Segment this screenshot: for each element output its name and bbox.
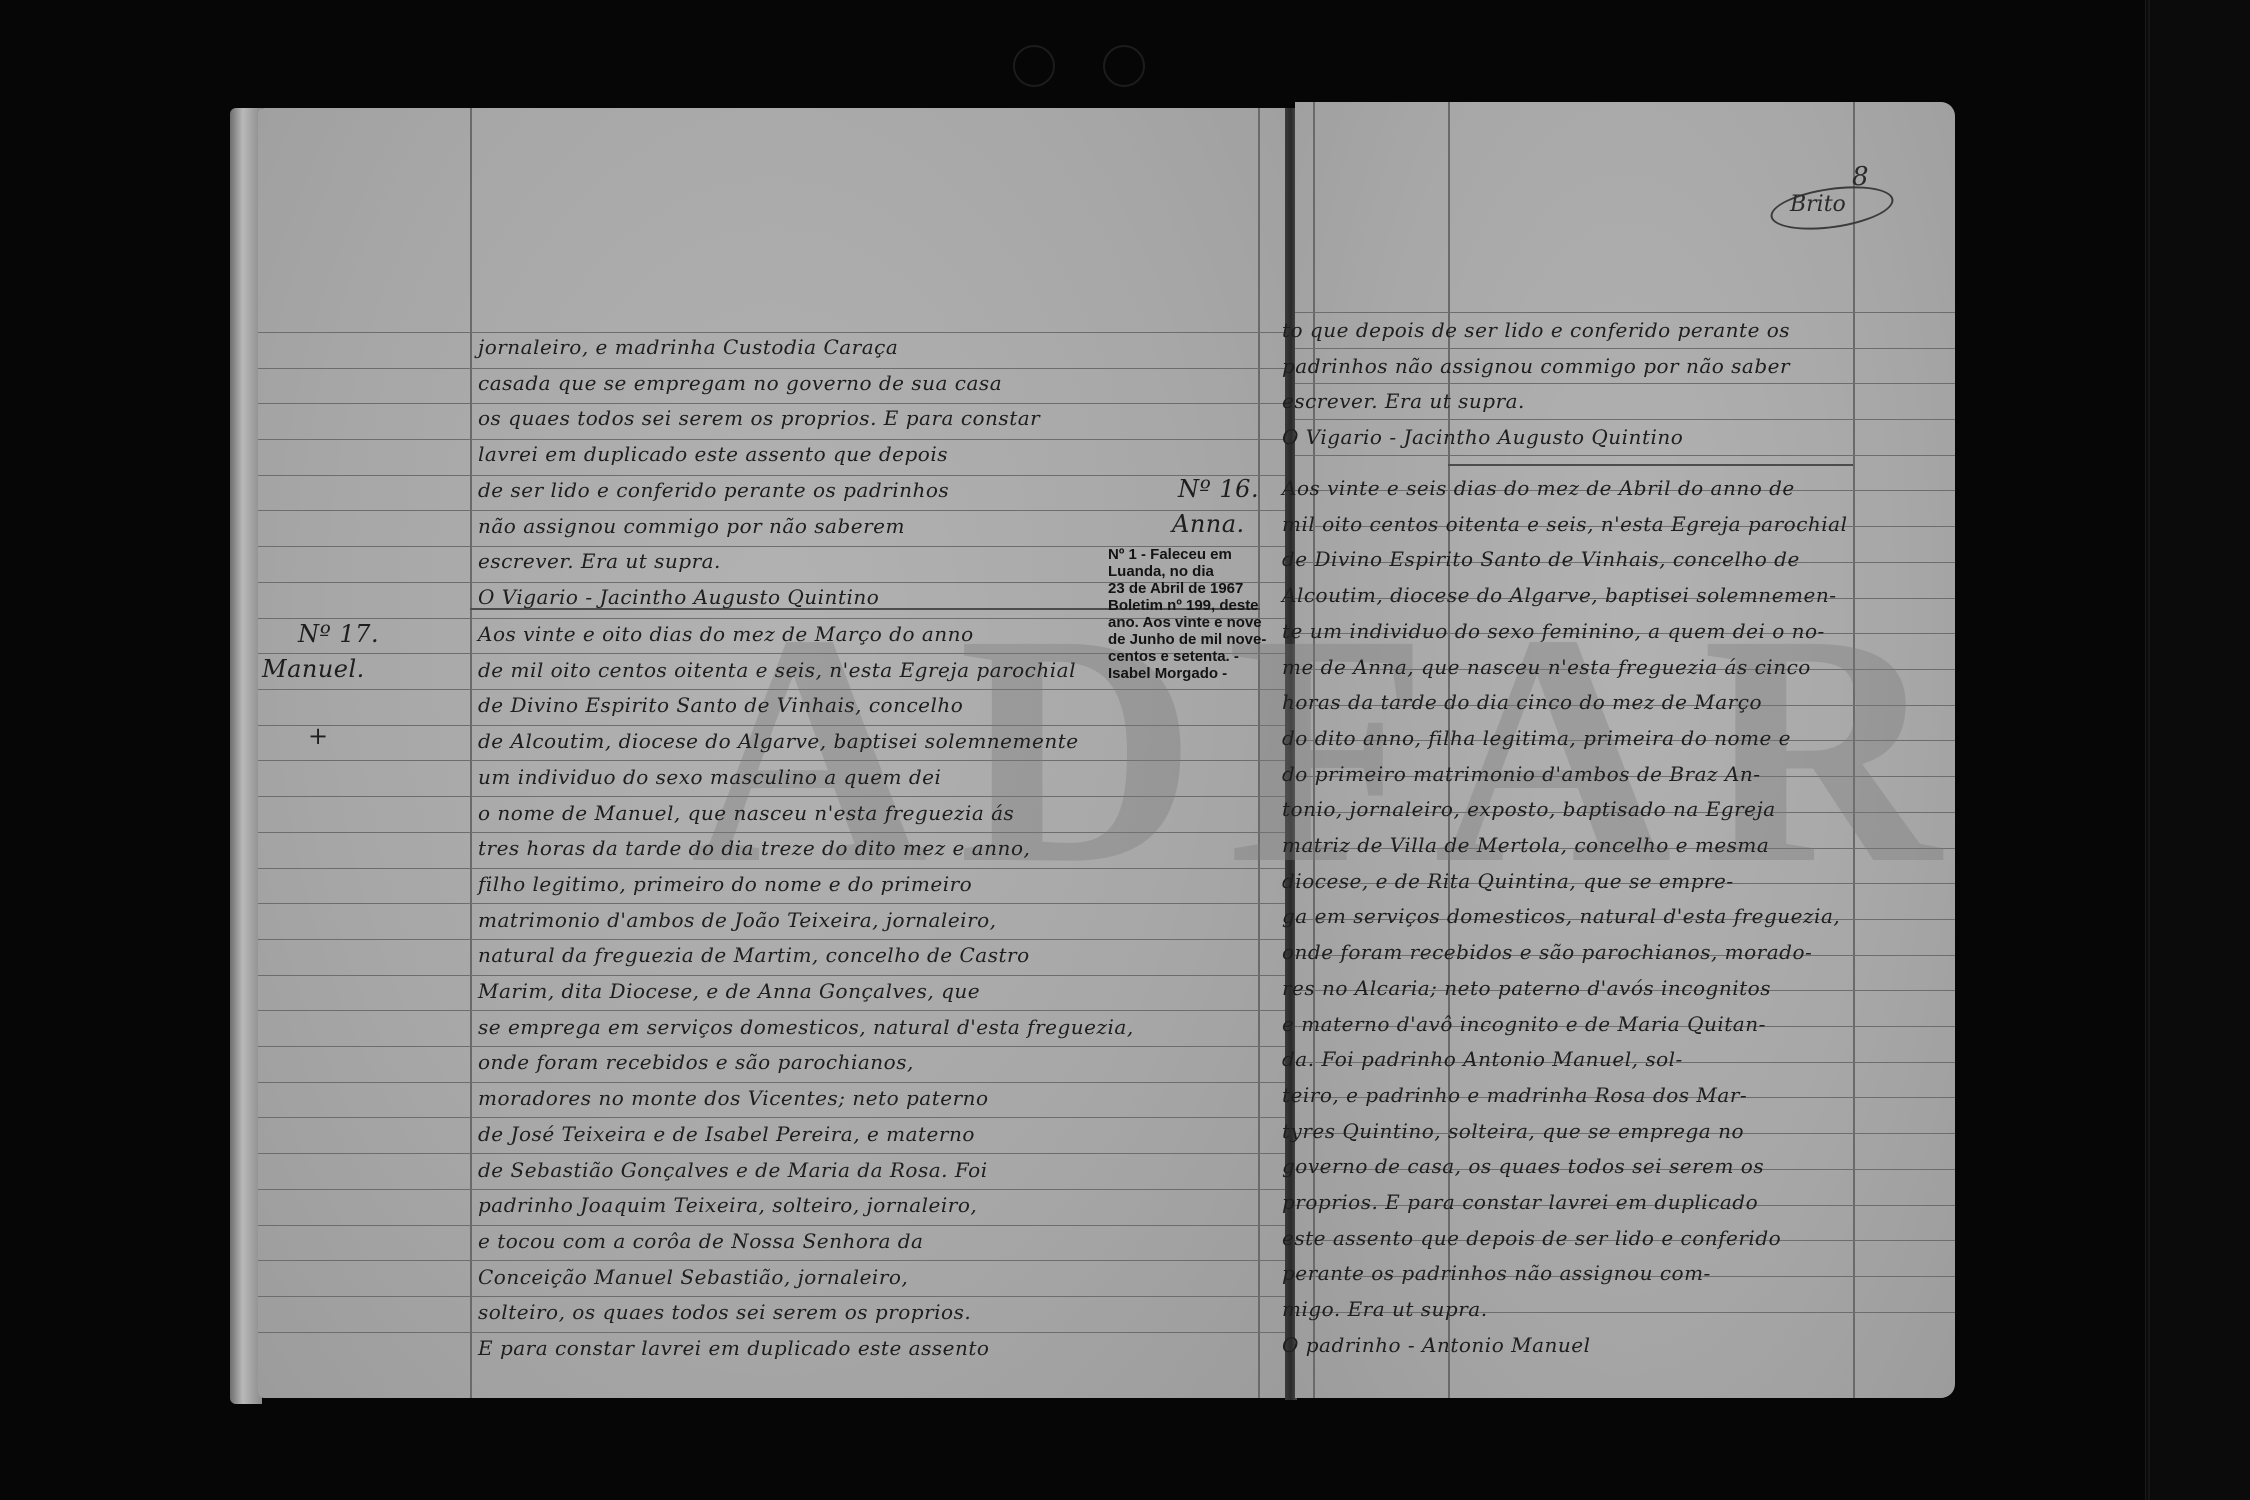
right-continuation-line: to que depois de ser lido e conferido pe… bbox=[1282, 318, 1790, 342]
left-entry-line: de José Teixeira e de Isabel Pereira, e … bbox=[478, 1122, 975, 1146]
right-entry-line: governo de casa, os quaes todos sei sere… bbox=[1282, 1154, 1764, 1178]
ruled-line bbox=[258, 975, 1288, 976]
left-continuation-line: escrever. Era ut supra. bbox=[478, 549, 721, 573]
viewer-side-rule bbox=[2148, 0, 2150, 1500]
right-entry-line: me de Anna, que nasceu n'esta freguezia … bbox=[1282, 655, 1811, 679]
ruled-line bbox=[258, 903, 1288, 904]
left-entry-line: Marim, dita Diocese, e de Anna Gonçalves… bbox=[478, 979, 980, 1003]
right-right-margin-line bbox=[1853, 102, 1855, 1398]
margin-note-line: 23 de Abril de 1967 bbox=[1108, 580, 1243, 597]
entry-number-17: Nº 17. bbox=[298, 620, 379, 648]
ruled-line bbox=[258, 368, 1288, 369]
right-entry-line: este assento que depois de ser lido e co… bbox=[1282, 1226, 1781, 1250]
left-entry-line: matrimonio d'ambos de João Teixeira, jor… bbox=[478, 908, 997, 932]
right-entry-line: tonio, jornaleiro, exposto, baptisado na… bbox=[1282, 797, 1776, 821]
right-entry-line: tyres Quintino, solteira, que se emprega… bbox=[1282, 1119, 1744, 1143]
ruled-line bbox=[258, 1332, 1288, 1333]
right-entry-line: ga em serviços domesticos, natural d'est… bbox=[1282, 904, 1840, 928]
binding-clip-icon bbox=[1013, 45, 1055, 87]
entry-name-manuel: Manuel. bbox=[262, 655, 365, 683]
right-entry-line: Aos vinte e seis dias do mez de Abril do… bbox=[1282, 476, 1795, 500]
right-entry-line: de Divino Espirito Santo de Vinhais, con… bbox=[1282, 547, 1800, 571]
ruled-line bbox=[258, 510, 1288, 511]
left-margin-line bbox=[470, 108, 472, 1398]
left-continuation-line: jornaleiro, e madrinha Custodia Caraça bbox=[478, 335, 898, 359]
left-right-margin-line bbox=[1258, 108, 1260, 1398]
ruled-line bbox=[258, 1046, 1288, 1047]
ruled-line bbox=[258, 1117, 1288, 1118]
right-entry-line: te um individuo do sexo feminino, a quem… bbox=[1282, 619, 1825, 643]
margin-note-line: de Junho de mil nove- bbox=[1108, 631, 1266, 648]
ruled-line bbox=[1295, 419, 1955, 420]
ruled-line bbox=[258, 725, 1288, 726]
margin-note-line: ano. Aos vinte e nove bbox=[1108, 614, 1262, 631]
right-entry-line: migo. Era ut supra. bbox=[1282, 1297, 1488, 1321]
right-entry-line: da. Foi padrinho Antonio Manuel, sol- bbox=[1282, 1047, 1683, 1071]
margin-note-line: Nº 1 - Faleceu em bbox=[1108, 546, 1232, 563]
ruled-line bbox=[258, 1260, 1288, 1261]
right-entry-line: res no Alcaria; neto paterno d'avós inco… bbox=[1282, 976, 1771, 1000]
viewer-side-strip bbox=[2145, 0, 2250, 1500]
right-entry-line: onde foram recebidos e são parochianos, … bbox=[1282, 940, 1812, 964]
ruled-line bbox=[258, 868, 1288, 869]
left-entry-line: Aos vinte e oito dias do mez de Março do… bbox=[478, 622, 974, 646]
left-continuation-line: casada que se empregam no governo de sua… bbox=[478, 371, 1002, 395]
right-continuation-line: padrinhos não assignou commigo por não s… bbox=[1282, 354, 1790, 378]
left-entry-line: filho legitimo, primeiro do nome e do pr… bbox=[478, 872, 972, 896]
left-entry-line: o nome de Manuel, que nasceu n'esta freg… bbox=[478, 801, 1014, 825]
binding-clip-icon bbox=[1103, 45, 1145, 87]
left-entry-line: e tocou com a corôa de Nossa Senhora da bbox=[478, 1229, 923, 1253]
left-entry-line: se emprega em serviços domesticos, natur… bbox=[478, 1015, 1134, 1039]
left-entry-line: natural da freguezia de Martim, concelho… bbox=[478, 943, 1030, 967]
entry-name-anna: Anna. bbox=[1172, 510, 1245, 538]
ruled-line bbox=[258, 1153, 1288, 1154]
left-continuation-line: lavrei em duplicado este assento que dep… bbox=[478, 442, 948, 466]
left-entry-line: de mil oito centos oitenta e seis, n'est… bbox=[478, 658, 1076, 682]
ruled-line bbox=[258, 1296, 1288, 1297]
left-continuation-line: de ser lido e conferido perante os padri… bbox=[478, 478, 949, 502]
margin-note-line: Luanda, no dia bbox=[1108, 563, 1214, 580]
right-entry-line: diocese, e de Rita Quintina, que se empr… bbox=[1282, 869, 1734, 893]
right-entry-line: do primeiro matrimonio d'ambos de Braz A… bbox=[1282, 762, 1761, 786]
right-entry-line: e materno d'avô incognito e de Maria Qui… bbox=[1282, 1012, 1766, 1036]
left-entry-line: onde foram recebidos e são parochianos, bbox=[478, 1050, 914, 1074]
left-entry-line: solteiro, os quaes todos sei serem os pr… bbox=[478, 1300, 971, 1324]
ruled-line bbox=[258, 832, 1288, 833]
margin-note-line: centos e setenta. - bbox=[1108, 648, 1239, 665]
margin-note-line: Isabel Morgado - bbox=[1108, 665, 1227, 682]
left-entry-line: E para constar lavrei em duplicado este … bbox=[478, 1336, 989, 1360]
ruled-line bbox=[258, 403, 1288, 404]
ruled-line bbox=[258, 439, 1288, 440]
entry-separator bbox=[1448, 464, 1853, 466]
ruled-line bbox=[258, 1082, 1288, 1083]
left-entry-line: de Divino Espirito Santo de Vinhais, con… bbox=[478, 693, 963, 717]
ruled-line bbox=[1295, 348, 1955, 349]
ruled-line bbox=[258, 939, 1288, 940]
ruled-line bbox=[258, 332, 1288, 333]
right-entry-line: teiro, e padrinho e madrinha Rosa dos Ma… bbox=[1282, 1083, 1747, 1107]
folio-signature: Brito bbox=[1790, 192, 1846, 217]
ruled-line bbox=[1295, 383, 1955, 384]
left-entry-line: tres horas da tarde do dia treze do dito… bbox=[478, 836, 1030, 860]
right-entry-line: do dito anno, filha legitima, primeira d… bbox=[1282, 726, 1791, 750]
left-entry-line: de Alcoutim, diocese do Algarve, baptise… bbox=[478, 729, 1079, 753]
left-entry-line: padrinho Joaquim Teixeira, solteiro, jor… bbox=[478, 1193, 977, 1217]
right-entry-line: Alcoutim, diocese do Algarve, baptisei s… bbox=[1282, 583, 1836, 607]
left-entry-line: moradores no monte dos Vicentes; neto pa… bbox=[478, 1086, 989, 1110]
ruled-line bbox=[258, 796, 1288, 797]
ruled-line bbox=[258, 760, 1288, 761]
right-entry-line: horas da tarde do dia cinco do mez de Ma… bbox=[1282, 690, 1762, 714]
right-entry-line: matriz de Villa de Mertola, concelho e m… bbox=[1282, 833, 1769, 857]
right-entry-line: perante os padrinhos não assignou com- bbox=[1282, 1261, 1711, 1285]
cross-mark-icon: + bbox=[308, 722, 329, 750]
right-continuation-line: O Vigario - Jacintho Augusto Quintino bbox=[1282, 425, 1683, 449]
right-entry-line: mil oito centos oitenta e seis, n'esta E… bbox=[1282, 512, 1848, 536]
ruled-line bbox=[258, 689, 1288, 690]
ruled-line bbox=[258, 1010, 1288, 1011]
ruled-line bbox=[1295, 455, 1955, 456]
left-continuation-line: O Vigario - Jacintho Augusto Quintino bbox=[478, 585, 879, 609]
left-entry-line: um individuo do sexo masculino a quem de… bbox=[478, 765, 941, 789]
ruled-line bbox=[258, 1225, 1288, 1226]
ruled-line bbox=[1295, 312, 1955, 313]
right-entry-line: proprios. E para constar lavrei em dupli… bbox=[1282, 1190, 1758, 1214]
ruled-line bbox=[258, 475, 1288, 476]
left-continuation-line: não assignou commigo por não saberem bbox=[478, 514, 905, 538]
entry-number-16: Nº 16. bbox=[1178, 475, 1259, 503]
left-entry-line: de Sebastião Gonçalves e de Maria da Ros… bbox=[478, 1158, 988, 1182]
left-continuation-line: os quaes todos sei serem os proprios. E … bbox=[478, 406, 1040, 430]
left-entry-line: Conceição Manuel Sebastião, jornaleiro, bbox=[478, 1265, 908, 1289]
right-entry-line: O padrinho - Antonio Manuel bbox=[1282, 1333, 1591, 1357]
margin-note-line: Boletim nº 199, deste bbox=[1108, 597, 1259, 614]
ruled-line bbox=[258, 1189, 1288, 1190]
right-continuation-line: escrever. Era ut supra. bbox=[1282, 389, 1525, 413]
